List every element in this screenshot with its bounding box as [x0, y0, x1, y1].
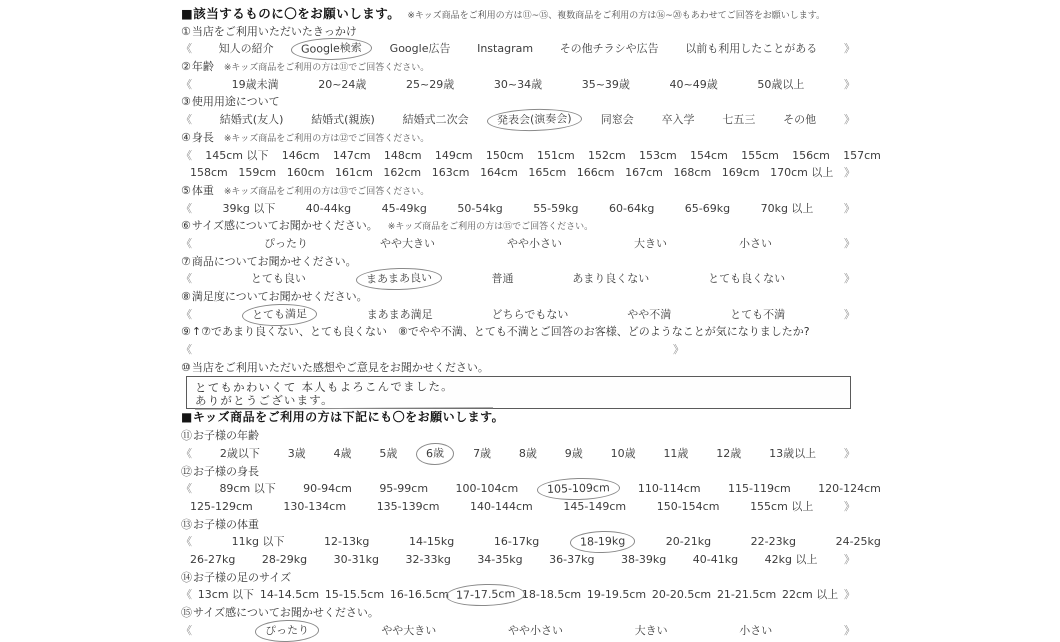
answer-option: 以前も利用したことがある [685, 40, 817, 58]
answer-option: 大きい [635, 622, 668, 640]
close-bracket: 》 [844, 270, 855, 288]
answer-option: 160cm [287, 164, 325, 182]
answer-option: やや大きい [381, 622, 436, 640]
answer-option: 170cm 以上 [770, 164, 833, 182]
open-bracket: 《 [181, 306, 192, 324]
answer-option: 90-94cm [303, 480, 352, 498]
question-note: ※キッズ商品をご利用の方は⑬でご回答ください。 [224, 187, 429, 197]
close-bracket: 》 [673, 341, 684, 359]
answer-option: 154cm [690, 147, 728, 165]
question-text: お子様の身長 [193, 465, 259, 478]
question-note: ※キッズ商品をご利用の方は⑮でご回答ください。 [388, 222, 593, 232]
close-bracket: 》 [844, 306, 855, 324]
close-bracket: 》 [844, 586, 855, 604]
answer-option: 166cm [577, 164, 615, 182]
options-row: 《》 [181, 341, 684, 359]
answer-option: 25~29歳 [406, 76, 454, 94]
question-label: ④身長※キッズ商品をご利用の方は⑫でご回答ください。 [181, 129, 881, 147]
form-title: ■該当するものに〇をお願いします。 [181, 6, 400, 21]
close-bracket: 》 [844, 498, 855, 516]
answer-option: 89cm 以下 [219, 480, 275, 498]
options-row: 《39kg 以下40-44kg45-49kg50-54kg55-59kg60-6… [181, 200, 881, 218]
answer-option: 小さい [739, 622, 772, 640]
options-row: 《13cm 以下14-14.5cm15-15.5cm16-16.5cm17-17… [181, 586, 881, 604]
close-bracket: 》 [844, 40, 855, 58]
answer-option: 7歳 [473, 445, 491, 463]
answer-option: 165cm [528, 164, 566, 182]
answer-option: 3歳 [288, 445, 306, 463]
answer-option: 50歳以上 [757, 76, 804, 94]
answer-option: 120-124cm [818, 480, 881, 498]
answer-option: 11kg 以下 [232, 533, 285, 551]
answer-option: 130-134cm [283, 498, 346, 516]
answer-option: とても良い [251, 270, 306, 288]
question-label: ⑤体重※キッズ商品をご利用の方は⑬でご回答ください。 [181, 182, 881, 200]
question-text: 当店をご利用いただいたきっかけ [192, 25, 357, 38]
question-label: ⑭お子様の足のサイズ [181, 569, 881, 587]
answer-option: 42kg 以上 [765, 551, 818, 569]
answer-option: 151cm [537, 147, 575, 165]
answer-option: 小さい [739, 235, 772, 253]
comment-box: とてもかわいくて 本人もよろこんでました。ありがとうございます。 [186, 376, 851, 409]
answer-option: やや大きい [380, 235, 435, 253]
answer-option: 13cm 以下 [198, 586, 254, 604]
answer-option: 167cm [625, 164, 663, 182]
answer-option: 110-114cm [638, 480, 701, 498]
question-text: 身長 [192, 131, 214, 144]
close-bracket: 》 [844, 111, 855, 129]
open-bracket: 《 [181, 40, 192, 58]
handwritten-comment-line2: ありがとうございます。 [195, 394, 493, 411]
options-row: 158cm159cm160cm161cm162cm163cm164cm165cm… [181, 164, 881, 182]
options-row: 《知人の紹介Google検索Google広告Instagramその他チラシや広告… [181, 40, 881, 58]
answer-option: 20~24歳 [318, 76, 366, 94]
close-bracket: 》 [844, 551, 855, 569]
open-bracket: 《 [181, 235, 192, 253]
answer-option: 100-104cm [455, 480, 518, 498]
question-number: ③ [181, 95, 191, 108]
answer-option: 24-25kg [836, 533, 881, 551]
answer-option: 60-64kg [609, 200, 654, 218]
close-bracket: 》 [844, 622, 855, 640]
answer-option: 11歳 [663, 445, 688, 463]
question-text: お子様の足のサイズ [193, 571, 291, 584]
answer-option: 卒入学 [662, 111, 695, 129]
answer-option: 普通 [491, 270, 513, 288]
question-number: ⑪ [181, 429, 192, 442]
options-row: 《145cm 以下146cm147cm148cm149cm150cm151cm1… [181, 147, 881, 165]
answer-option: 14-15kg [409, 533, 454, 551]
answer-option: 22cm 以上 [782, 586, 838, 604]
question-label: ⑥サイズ感についてお聞かせください。※キッズ商品をご利用の方は⑮でご回答ください… [181, 217, 881, 235]
question-text: お子様の年齢 [193, 429, 259, 442]
answer-option: 大きい [634, 235, 667, 253]
kids-question-list: ⑪お子様の年齢《2歳以下3歳4歳5歳6歳7歳8歳9歳10歳11歳12歳13歳以上… [181, 427, 881, 639]
question-number: ⑩ [181, 361, 191, 374]
answer-option: 152cm [588, 147, 626, 165]
answer-option: 153cm [639, 147, 677, 165]
answer-option: 155cm [741, 147, 779, 165]
answer-option: 155cm 以上 [750, 498, 813, 516]
answer-option: 70kg 以上 [761, 200, 814, 218]
answer-option: 30-31kg [334, 551, 379, 569]
form-header: ■該当するものに〇をお願いします。※キッズ商品をご利用の方は⑪~⑮、複数商品をご… [181, 5, 881, 23]
answer-option: 22-23kg [751, 533, 796, 551]
options-row: 《19歳未満20~24歳25~29歳30~34歳35~39歳40~49歳50歳以… [181, 76, 881, 94]
answer-option: 28-29kg [262, 551, 307, 569]
question-number: ⑦ [181, 255, 191, 268]
question-number: ⑤ [181, 184, 191, 197]
question-label: ⑨↑⑦であまり良くない、とても良くない ⑧でやや不満、とても不満とご回答のお客様… [181, 323, 881, 341]
answer-option: 147cm [333, 147, 371, 165]
answer-option: 163cm [432, 164, 470, 182]
answer-option: 32-33kg [405, 551, 450, 569]
answer-option: 162cm [383, 164, 421, 182]
question-label: ⑫お子様の身長 [181, 463, 881, 481]
options-row: 《ぴったりやや大きいやや小さい大きい小さい》 [181, 622, 881, 640]
question-number: ⑭ [181, 571, 192, 584]
question-text: お子様の体重 [193, 518, 259, 531]
open-bracket: 《 [181, 445, 192, 463]
answer-option: その他チラシや広告 [560, 40, 659, 58]
question-text: 当店をご利用いただいた感想やご意見をお聞かせください。 [192, 361, 489, 374]
main-question-list: ①当店をご利用いただいたきっかけ《知人の紹介Google検索Google広告In… [181, 23, 881, 410]
close-bracket: 》 [844, 200, 855, 218]
question-note: ※キッズ商品をご利用の方は⑫でご回答ください。 [224, 134, 429, 144]
question-text: サイズ感についてお聞かせください。 [193, 606, 379, 619]
question-number: ⑧ [181, 290, 191, 303]
question-text: 商品についてお聞かせください。 [192, 255, 357, 268]
answer-option: 14-14.5cm [260, 586, 319, 604]
answer-option: 2歳以下 [220, 445, 260, 463]
answer-option: 161cm [335, 164, 373, 182]
answer-option: 26-27kg [190, 551, 235, 569]
question-label: ⑩当店をご利用いただいた感想やご意見をお聞かせください。 [181, 359, 881, 377]
answer-option: やや小さい [507, 235, 562, 253]
question-label: ①当店をご利用いただいたきっかけ [181, 23, 881, 41]
open-bracket: 《 [181, 200, 192, 218]
answer-option: 65-69kg [685, 200, 730, 218]
options-row: 125-129cm130-134cm135-139cm140-144cm145-… [181, 498, 881, 516]
answer-option: 55-59kg [533, 200, 578, 218]
answer-option: 168cm [673, 164, 711, 182]
answer-option: 158cm [190, 164, 228, 182]
options-row: 26-27kg28-29kg30-31kg32-33kg34-35kg36-37… [181, 551, 881, 569]
answer-option: 知人の紹介 [219, 40, 274, 58]
open-bracket: 《 [181, 147, 192, 165]
options-row: 《とても良いまあまあ良い普通あまり良くないとても良くない》 [181, 270, 881, 288]
answer-option: 156cm [792, 147, 830, 165]
answer-option: Google広告 [390, 40, 451, 58]
question-text: 満足度についてお聞かせください。 [192, 290, 368, 303]
answer-option: 結婚式(友人) [220, 111, 284, 129]
answer-option: 12-13kg [324, 533, 369, 551]
answer-option: 39kg 以下 [222, 200, 275, 218]
options-row: 《ぴったりやや大きいやや小さい大きい小さい》 [181, 235, 881, 253]
answer-option: とても不満 [730, 306, 785, 324]
question-number: ② [181, 60, 191, 73]
close-bracket: 》 [844, 235, 855, 253]
answer-option: 115-119cm [728, 480, 791, 498]
answer-option: 148cm [384, 147, 422, 165]
answer-option: 157cm [843, 147, 881, 165]
close-bracket: 》 [844, 445, 855, 463]
options-row: 《11kg 以下12-13kg14-15kg16-17kg18-19kg20-2… [181, 533, 881, 551]
question-text: 体重 [192, 184, 214, 197]
options-row: 《結婚式(友人)結婚式(親族)結婚式二次会発表会(演奏会)同窓会卒入学七五三その… [181, 111, 881, 129]
answer-option: どちらでもない [492, 306, 569, 324]
answer-option: 40~49歳 [670, 76, 718, 94]
answer-option: 150-154cm [657, 498, 720, 516]
open-bracket: 《 [181, 111, 192, 129]
answer-option: 13歳以上 [769, 445, 816, 463]
open-bracket: 《 [181, 76, 192, 94]
answer-option: 七五三 [722, 111, 755, 129]
question-label: ②年齢※キッズ商品をご利用の方は⑪でご回答ください。 [181, 58, 881, 76]
answer-option: あまり良くない [572, 270, 649, 288]
answer-option: 159cm [238, 164, 276, 182]
answer-option: 12歳 [716, 445, 741, 463]
question-number: ① [181, 25, 191, 38]
answer-option: やや不満 [627, 306, 671, 324]
question-label: ⑪お子様の年齢 [181, 427, 881, 445]
answer-option: 36-37kg [549, 551, 594, 569]
answer-option: 16-16.5cm [390, 586, 449, 604]
options-row: 《89cm 以下90-94cm95-99cm100-104cm105-109cm… [181, 480, 881, 498]
answer-option: 140-144cm [470, 498, 533, 516]
question-label: ⑦商品についてお聞かせください。 [181, 253, 881, 271]
answer-option: 34-35kg [477, 551, 522, 569]
answer-option: 149cm [435, 147, 473, 165]
answer-option: 8歳 [519, 445, 537, 463]
question-text: 使用用途について [192, 95, 280, 108]
question-text: サイズ感についてお聞かせください。 [192, 219, 378, 232]
answer-option: ぴったり [264, 235, 308, 253]
answer-option: 125-129cm [190, 498, 253, 516]
answer-option: Instagram [477, 40, 533, 58]
answer-option: 164cm [480, 164, 518, 182]
answer-option: やや小さい [508, 622, 563, 640]
answer-option: 結婚式(親族) [311, 111, 375, 129]
form-title-note: ※キッズ商品をご利用の方は⑪~⑮、複数商品をご利用の方は⑯~⑳もあわせてご回答を… [407, 11, 825, 21]
options-row: 《2歳以下3歳4歳5歳6歳7歳8歳9歳10歳11歳12歳13歳以上》 [181, 445, 881, 463]
question-number: ⑥ [181, 219, 191, 232]
answer-option: 135-139cm [377, 498, 440, 516]
question-number: ⑨ [181, 325, 191, 338]
answer-option: とても良くない [708, 270, 785, 288]
question-number: ⑮ [181, 606, 192, 619]
survey-sheet: ■該当するものに〇をお願いします。※キッズ商品をご利用の方は⑪~⑮、複数商品をご… [181, 5, 881, 639]
answer-option: 16-17kg [494, 533, 539, 551]
options-row: 《とても満足まあまあ満足どちらでもないやや不満とても不満》 [181, 306, 881, 324]
question-number: ⑫ [181, 465, 192, 478]
answer-option: 21-21.5cm [717, 586, 776, 604]
answer-option: 40-41kg [693, 551, 738, 569]
circled-answer-option: ぴったり [254, 619, 319, 640]
open-bracket: 《 [181, 533, 192, 551]
answer-option: 5歳 [379, 445, 397, 463]
answer-option: 結婚式二次会 [403, 111, 469, 129]
answer-option: 145-149cm [563, 498, 626, 516]
answer-option: 19-19.5cm [587, 586, 646, 604]
close-bracket: 》 [844, 164, 855, 182]
open-bracket: 《 [181, 586, 192, 604]
answer-option: その他 [783, 111, 816, 129]
answer-option: 10歳 [611, 445, 636, 463]
answer-option: 146cm [282, 147, 320, 165]
close-bracket: 》 [844, 76, 855, 94]
answer-option: 20-21kg [666, 533, 711, 551]
answer-option: 19歳未満 [232, 76, 279, 94]
question-label: ⑬お子様の体重 [181, 516, 881, 534]
answer-option: 95-99cm [379, 480, 428, 498]
kids-section-title: ■キッズ商品をご利用の方は下記にも〇をお願いします。 [181, 409, 881, 427]
question-text: ↑⑦であまり良くない、とても良くない ⑧でやや不満、とても不満とご回答のお客様、… [192, 325, 810, 338]
question-number: ④ [181, 131, 191, 144]
question-number: ⑬ [181, 518, 192, 531]
answer-option: 38-39kg [621, 551, 666, 569]
answer-option: 45-49kg [382, 200, 427, 218]
answer-option: 145cm 以下 [205, 147, 268, 165]
answer-option: 15-15.5cm [325, 586, 384, 604]
answer-option: 50-54kg [457, 200, 502, 218]
answer-option: 40-44kg [306, 200, 351, 218]
answer-option: 169cm [722, 164, 760, 182]
question-note: ※キッズ商品をご利用の方は⑪でご回答ください。 [224, 63, 429, 73]
answer-option: 30~34歳 [494, 76, 542, 94]
answer-option: 150cm [486, 147, 524, 165]
answer-option: まあまあ満足 [367, 306, 433, 324]
question-text: 年齢 [192, 60, 214, 73]
answer-option: 35~39歳 [582, 76, 630, 94]
open-bracket: 《 [181, 622, 192, 640]
open-bracket: 《 [181, 480, 192, 498]
answer-option: 9歳 [565, 445, 583, 463]
answer-option: 18-18.5cm [522, 586, 581, 604]
open-bracket: 《 [181, 270, 192, 288]
answer-option: 20-20.5cm [652, 586, 711, 604]
answer-option: 4歳 [334, 445, 352, 463]
open-bracket: 《 [181, 341, 192, 359]
answer-option: 同窓会 [601, 111, 634, 129]
